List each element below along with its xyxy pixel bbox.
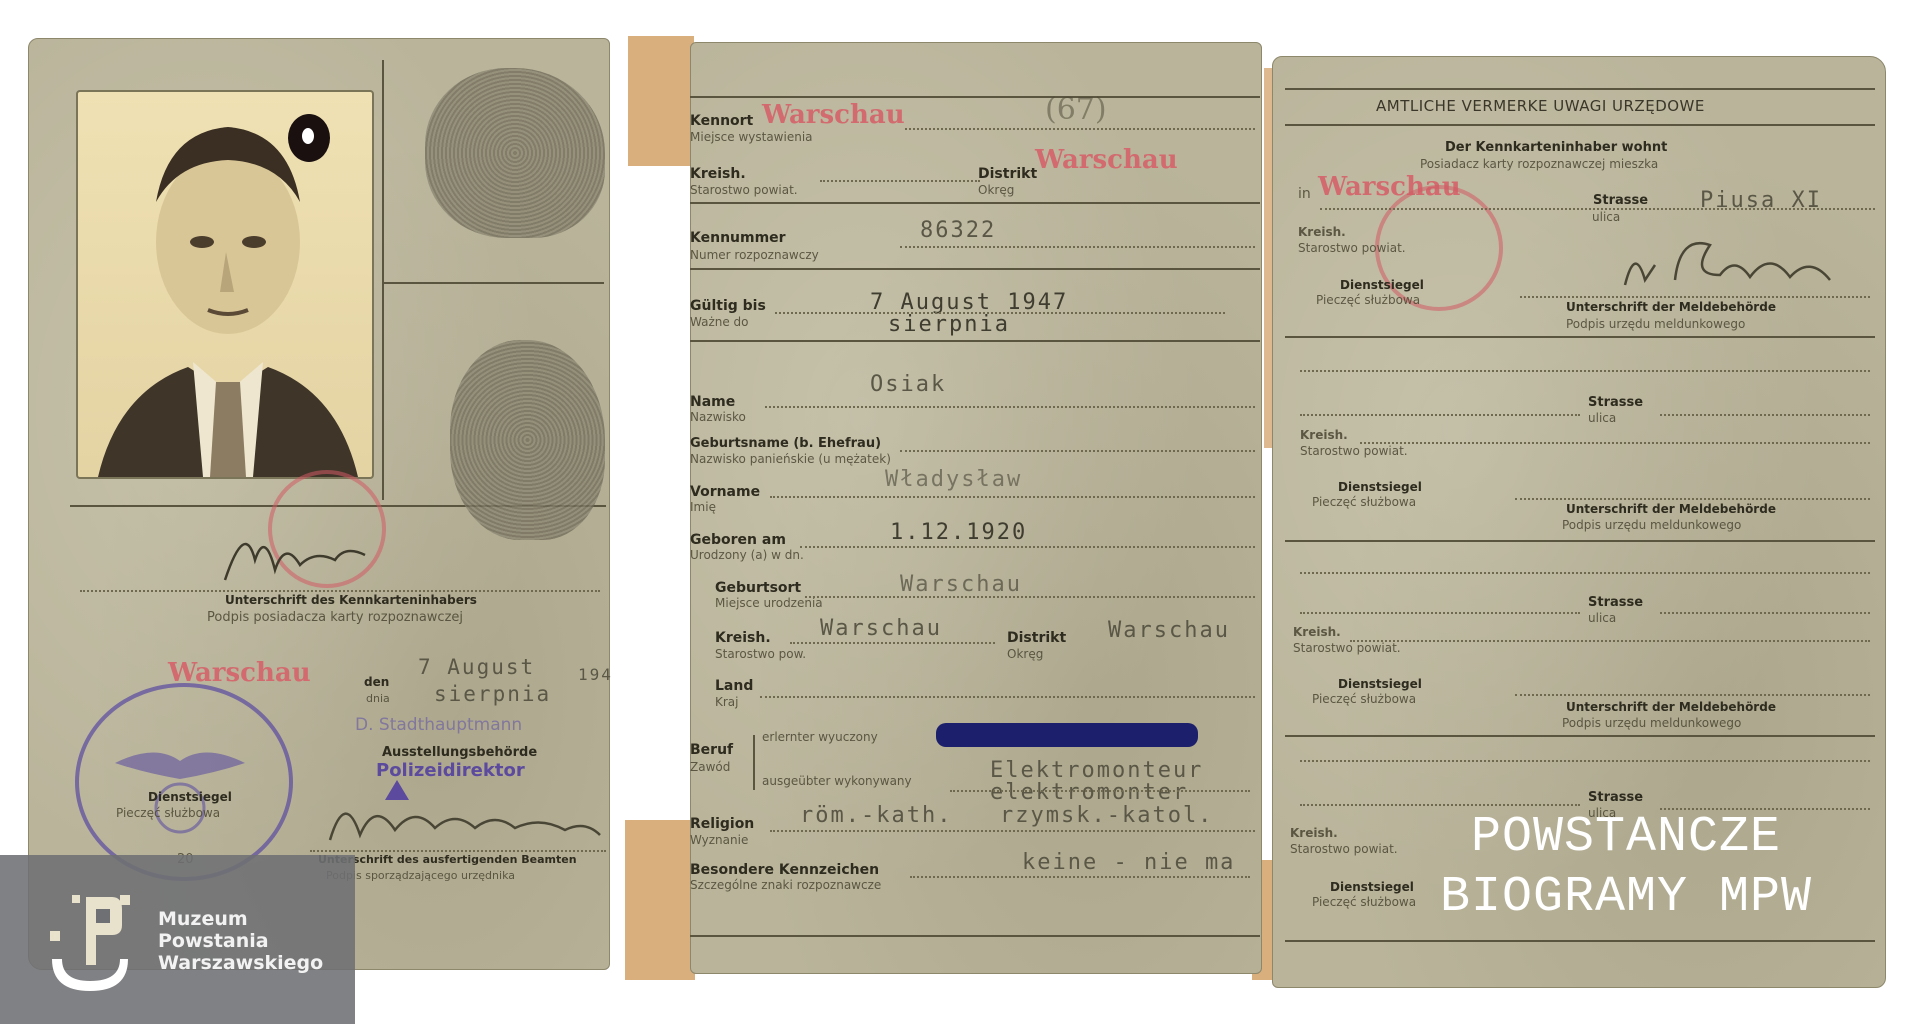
kreis-label-pl-3: Starostwo powiat. [1293,641,1401,655]
official-signature-label-de: Unterschrift des ausfertigenden Beamten [318,853,577,866]
portrait-illustration [78,92,372,477]
distrikt2-label: Distrikt [1007,630,1066,646]
holder-signature [215,510,375,590]
mid-bottom-rule [690,935,1260,937]
seal-label-pl-4: Pieczęć służbowa [1312,895,1416,909]
religion-line [770,830,1255,832]
mid-top-rule [690,96,1260,98]
kreish2-value: Warschau [820,616,942,641]
resident-title-pl: Posiadacz karty rozpoznawczej mieszka [1420,157,1658,171]
official-signature [325,780,605,850]
header-rule [1285,124,1875,126]
geburtsort-value: Warschau [900,572,1022,597]
kreish-line [820,180,980,182]
holder-signature-line [80,590,600,592]
registration-sig-pl-2: Podpis urzędu meldunkowego [1562,518,1741,532]
street-label-pl: ulica [1592,210,1620,224]
kennummer-label-pl: Numer rozpoznawczy [690,248,819,262]
geboren-label: Geboren am [690,532,786,548]
seal-label-pl-2: Pieczęć służbowa [1312,495,1416,509]
kennzeichen-value: keine - nie ma [1022,850,1235,875]
punch-hole [288,114,330,162]
in-label: in [1298,186,1311,202]
eagle-icon [75,683,285,873]
kreis-label-de-4: Kreish. [1290,826,1338,840]
registration-sig-de-3: Unterschrift der Meldebehörde [1566,700,1776,714]
museum-name-line1: Muzeum [158,908,323,930]
issue-date-de: 7 August [418,655,535,679]
tape-bottom-left [625,820,695,980]
holder-signature-label-pl: Podpis posiadacza karty rozpoznawczej [207,610,463,625]
seal-label-de-4: Dienstsiegel [1330,880,1414,894]
geboren-value: 1.12.1920 [890,520,1027,545]
religion-value-pl: rzymsk.-katol. [1000,803,1213,828]
photo-divider [382,60,384,500]
land-label-pl: Kraj [715,695,739,709]
issue-year: 194 [578,665,613,684]
kennummer-value: 86322 [920,218,996,243]
land-line [760,696,1255,698]
practiced-value-pl: elektromonter [990,780,1188,805]
tape-top-left [628,36,694,166]
issue-dnia-label: dnia [366,692,390,705]
distrikt-label-pl: Okręg [978,183,1014,197]
seal-label-pl: Pieczęć służbowa [116,806,220,820]
seal-label-de-3: Dienstsiegel [1338,677,1422,691]
geburtsort-line [805,596,1255,598]
kennummer-line [900,246,1255,248]
kennzeichen-label: Besondere Kennzeichen [690,862,879,878]
name-value: Osiak [870,372,946,397]
vorname-label: Vorname [690,484,760,500]
distrikt2-value: Warschau [1108,618,1230,643]
learned-value-redacted [936,723,1198,747]
rule-1 [690,202,1260,204]
block-rule-1 [1285,336,1875,338]
street-label-pl-3: ulica [1588,611,1616,625]
registration-sig-line-1 [1520,296,1870,298]
fingerprint-upper [425,68,605,238]
land-label: Land [715,678,753,694]
religion-label-pl: Wyznanie [690,833,748,847]
geburtsname-label: Geburtsname (b. Ehefrau) [690,436,881,451]
registration-sig-de-1: Unterschrift der Meldebehörde [1566,300,1776,314]
gueltig-value-pl: sierpnia [888,312,1010,337]
street-label-de: Strasse [1593,193,1648,208]
geburtsort-label-pl: Miejsce urodzenia [715,596,823,610]
official-signature-line [310,850,606,852]
kreish2-line [790,642,995,644]
kennort-value: Warschau [762,100,905,130]
kreish2-label-pl: Starostwo pow. [715,647,806,661]
registration-sig-pl-3: Podpis urzędu meldunkowego [1562,716,1741,730]
seal-label-de-1: Dienstsiegel [1340,278,1424,292]
watermark: POWSTANCZE BIOGRAMY MPW [1440,808,1812,928]
kennummer-label: Kennummer [690,230,786,246]
kennort-label: Kennort [690,113,753,129]
distrikt-label: Distrikt [978,166,1037,182]
authority-line: D. Stadthauptmann [355,715,522,735]
religion-value: röm.-kath. [800,803,952,828]
street-line [1320,208,1875,210]
kennzeichen-label-pl: Szczególne znaki rozpoznawcze [690,878,881,892]
issue-den-label: den [364,675,389,689]
portrait-photo [76,90,374,479]
seal-label-pl-3: Pieczęć służbowa [1312,692,1416,706]
issue-date-pl: sierpnia [434,682,551,706]
beruf-label: Beruf [690,742,733,758]
kreis-label-pl-4: Starostwo powiat. [1290,842,1398,856]
gueltig-line [775,312,1225,314]
name-label: Name [690,394,735,410]
kennort-label-pl: Miejsce wystawienia [690,130,813,144]
kreis-label-de-3: Kreish. [1293,625,1341,639]
holder-signature-label-de: Unterschrift des Kennkarteninhabers [225,593,477,607]
registration-sig-de-2: Unterschrift der Meldebehörde [1566,502,1776,516]
kotwica-anchor-icon [50,895,136,991]
registration-sig-pl-1: Podpis urzędu meldunkowego [1566,317,1745,331]
religion-label: Religion [690,816,754,832]
authority-stamp: Polizeidirektor [376,760,525,781]
seal-label-de: Dienstsiegel [148,790,232,804]
geboren-label-pl: Urodzony (a) w dn. [690,548,804,562]
learned-label: erlernter wyuczony [762,730,878,744]
museum-name: Muzeum Powstania Warszawskiego [158,908,323,974]
rule-2 [690,268,1260,270]
geboren-line [800,546,1255,548]
museum-name-line3: Warszawskiego [158,952,323,974]
kreish-label-pl: Starostwo powiat. [690,183,798,197]
seal-label-pl-1: Pieczęć służbowa [1316,293,1420,307]
official-notes-header: AMTLICHE VERMERKE UWAGI URZĘDOWE [1376,97,1705,115]
practiced-label: ausgeübter wykonywany [762,774,912,788]
kreish-label: Kreish. [690,166,746,182]
street-label-de-3: Strasse [1588,595,1643,610]
name-line [765,406,1255,408]
distrikt-value: Warschau [1035,145,1178,175]
gueltig-label-pl: Ważne do [690,315,749,329]
museum-logo-overlay: Muzeum Powstania Warszawskiego [0,855,355,1024]
fingerprint-divider [384,282,604,284]
right-top-rule [1285,88,1875,90]
kreis-label-de-2: Kreish. [1300,428,1348,442]
practiced-line [950,790,1250,792]
geburtsname-label-pl: Nazwisko panieńskie (u mężatek) [690,452,891,466]
beruf-label-pl: Zawód [690,760,730,774]
name-label-pl: Nazwisko [690,410,746,424]
kreis-label-pl: Starostwo powiat. [1298,241,1406,255]
street-label-pl-2: ulica [1588,411,1616,425]
museum-name-line2: Powstania [158,930,323,952]
kreis-label-de: Kreish. [1298,225,1346,239]
authority-label: Ausstellungsbehörde [382,745,537,760]
geburtsname-line [900,450,1255,452]
street-label-de-4: Strasse [1588,790,1643,805]
beruf-bracket [753,735,755,790]
watermark-line1: POWSTANCZE [1440,808,1812,868]
registration-signature [1620,225,1840,295]
kreis-label-pl-2: Starostwo powiat. [1300,444,1408,458]
kennzeichen-line [910,876,1250,878]
fingerprint-lower [450,340,605,540]
kennort-line [905,128,1255,130]
geburtsort-label: Geburtsort [715,580,801,596]
vorname-label-pl: Imię [690,500,716,514]
vorname-value: Władysław [885,467,1022,492]
watermark-line2: BIOGRAMY MPW [1440,868,1812,928]
gueltig-label: Gültig bis [690,298,766,314]
resident-title-de: Der Kennkarteninhaber wohnt [1445,140,1667,155]
distrikt2-label-pl: Okręg [1007,647,1043,661]
street-label-de-2: Strasse [1588,395,1643,410]
kreish2-label: Kreish. [715,630,771,646]
rule-3 [690,340,1260,342]
serial-handwritten: (67) [1045,92,1107,127]
vorname-line [770,496,1255,498]
seal-label-de-2: Dienstsiegel [1338,480,1422,494]
